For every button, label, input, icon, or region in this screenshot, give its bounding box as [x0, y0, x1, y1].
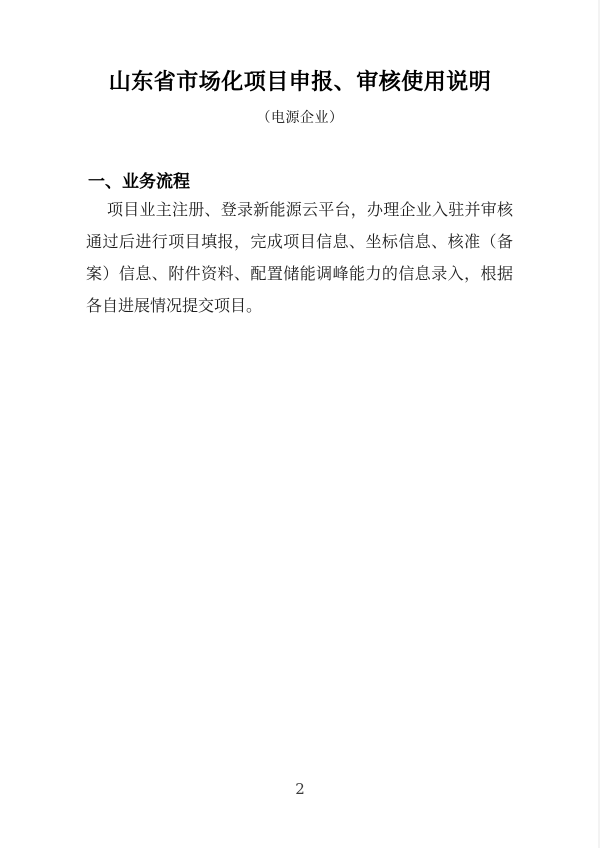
- paragraph-line: 各自进展情况提交项目。: [86, 290, 513, 322]
- document-title: 山东省市场化项目申报、审核使用说明: [0, 65, 600, 99]
- paragraph-line: 通过后进行项目填报，完成项目信息、坐标信息、核准（备: [86, 226, 513, 258]
- paragraph-line: 项目业主注册、登录新能源云平台，办理企业入驻并审核: [86, 194, 513, 226]
- body-paragraph: 项目业主注册、登录新能源云平台，办理企业入驻并审核 通过后进行项目填报，完成项目…: [86, 194, 513, 322]
- page-number: 2: [0, 780, 600, 798]
- document-page: 山东省市场化项目申报、审核使用说明 （电源企业） 一、业务流程 项目业主注册、登…: [0, 0, 600, 848]
- document-subtitle: （电源企业）: [0, 108, 600, 128]
- section-heading: 一、业务流程: [88, 170, 190, 194]
- paragraph-line: 案）信息、附件资料、配置储能调峰能力的信息录入，根据: [86, 258, 513, 290]
